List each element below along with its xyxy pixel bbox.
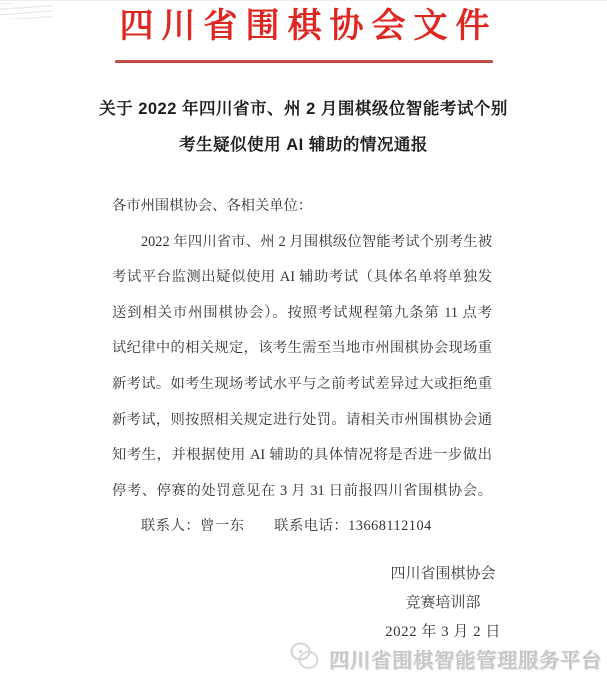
platform-watermark-text: 四川省围棋智能管理服务平台 — [329, 644, 602, 673]
signature-block: 四川省围棋协会 竞赛培训部 2022 年 3 月 2 日 — [353, 560, 533, 647]
signature-organization: 四川省围棋协会 — [353, 560, 533, 589]
body-line: 知考生，并根据使用 AI 辅助的具体情况将是否进一步做出 — [112, 438, 492, 474]
contact-line: 联系人：曾一东 联系电话：13668112104 — [112, 509, 492, 545]
body-line: 试纪律中的相关规定，该考生需至当地市州围棋协会现场重 — [112, 331, 492, 367]
body-line: 送到相关市州围棋协会）。按照考试规程第九条第 11 点考 — [112, 296, 492, 332]
scan-top-edge — [0, 0, 607, 1]
body-line: 停考、停赛的处罚意见在 3 月 31 日前报四川省围棋协会。 — [112, 474, 492, 510]
document-title-line1: 关于 2022 年四川省市、州 2 月围棋级位智能考试个别 — [0, 91, 607, 127]
platform-watermark: 四川省围棋智能管理服务平台 — [288, 641, 602, 676]
body-line: 新考试。如考生现场考试水平与之前考试差异过大或拒绝重 — [112, 367, 492, 403]
signature-department: 竞赛培训部 — [353, 589, 533, 618]
go-stones-logo-icon — [288, 641, 322, 676]
scan-artifact — [0, 3, 52, 19]
document-title-line2: 考生疑似使用 AI 辅助的情况通报 — [0, 127, 607, 163]
letterhead-divider — [115, 60, 493, 63]
document-body: 各市州围棋协会、各相关单位： 2022 年四川省市、州 2 月围棋级位智能考试个… — [112, 189, 492, 545]
document-title: 关于 2022 年四川省市、州 2 月围棋级位智能考试个别 考生疑似使用 AI … — [0, 91, 607, 163]
body-line: 考试平台监测出疑似使用 AI 辅助考试（具体名单将单独发 — [112, 260, 492, 296]
document-page: 四川省围棋协会文件 关于 2022 年四川省市、州 2 月围棋级位智能考试个别 … — [0, 0, 607, 685]
body-line: 2022 年四川省市、州 2 月围棋级位智能考试个别考生被 — [112, 225, 492, 261]
letterhead-title: 四川省围棋协会文件 — [0, 0, 607, 47]
body-line: 新考试，则按照相关规定进行处罚。请相关市州围棋协会通 — [112, 403, 492, 439]
salutation: 各市州围棋协会、各相关单位： — [112, 189, 492, 225]
